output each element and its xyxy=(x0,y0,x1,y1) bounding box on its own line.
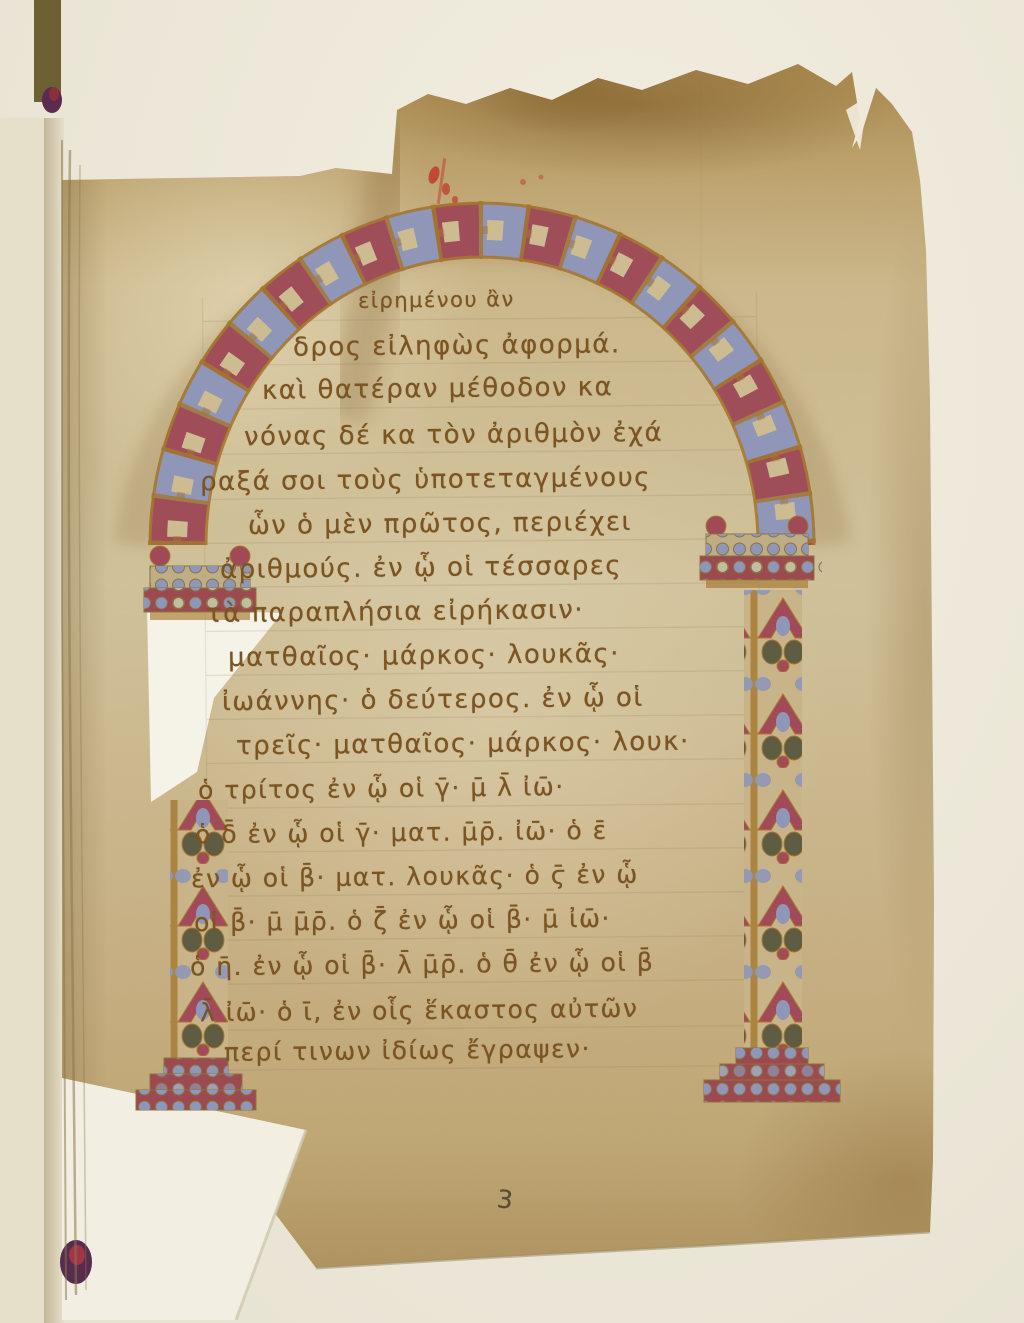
manuscript-photo: εἰρημένου ἂνδρος εἰληφὼς ἀφορμά.καὶ θατέ… xyxy=(0,0,1024,1323)
left-page-edge xyxy=(0,118,64,1323)
right-column xyxy=(744,590,802,1050)
folio-number: 3 xyxy=(496,1184,515,1215)
manuscript-art xyxy=(0,0,1024,1323)
left-column xyxy=(170,800,228,1060)
